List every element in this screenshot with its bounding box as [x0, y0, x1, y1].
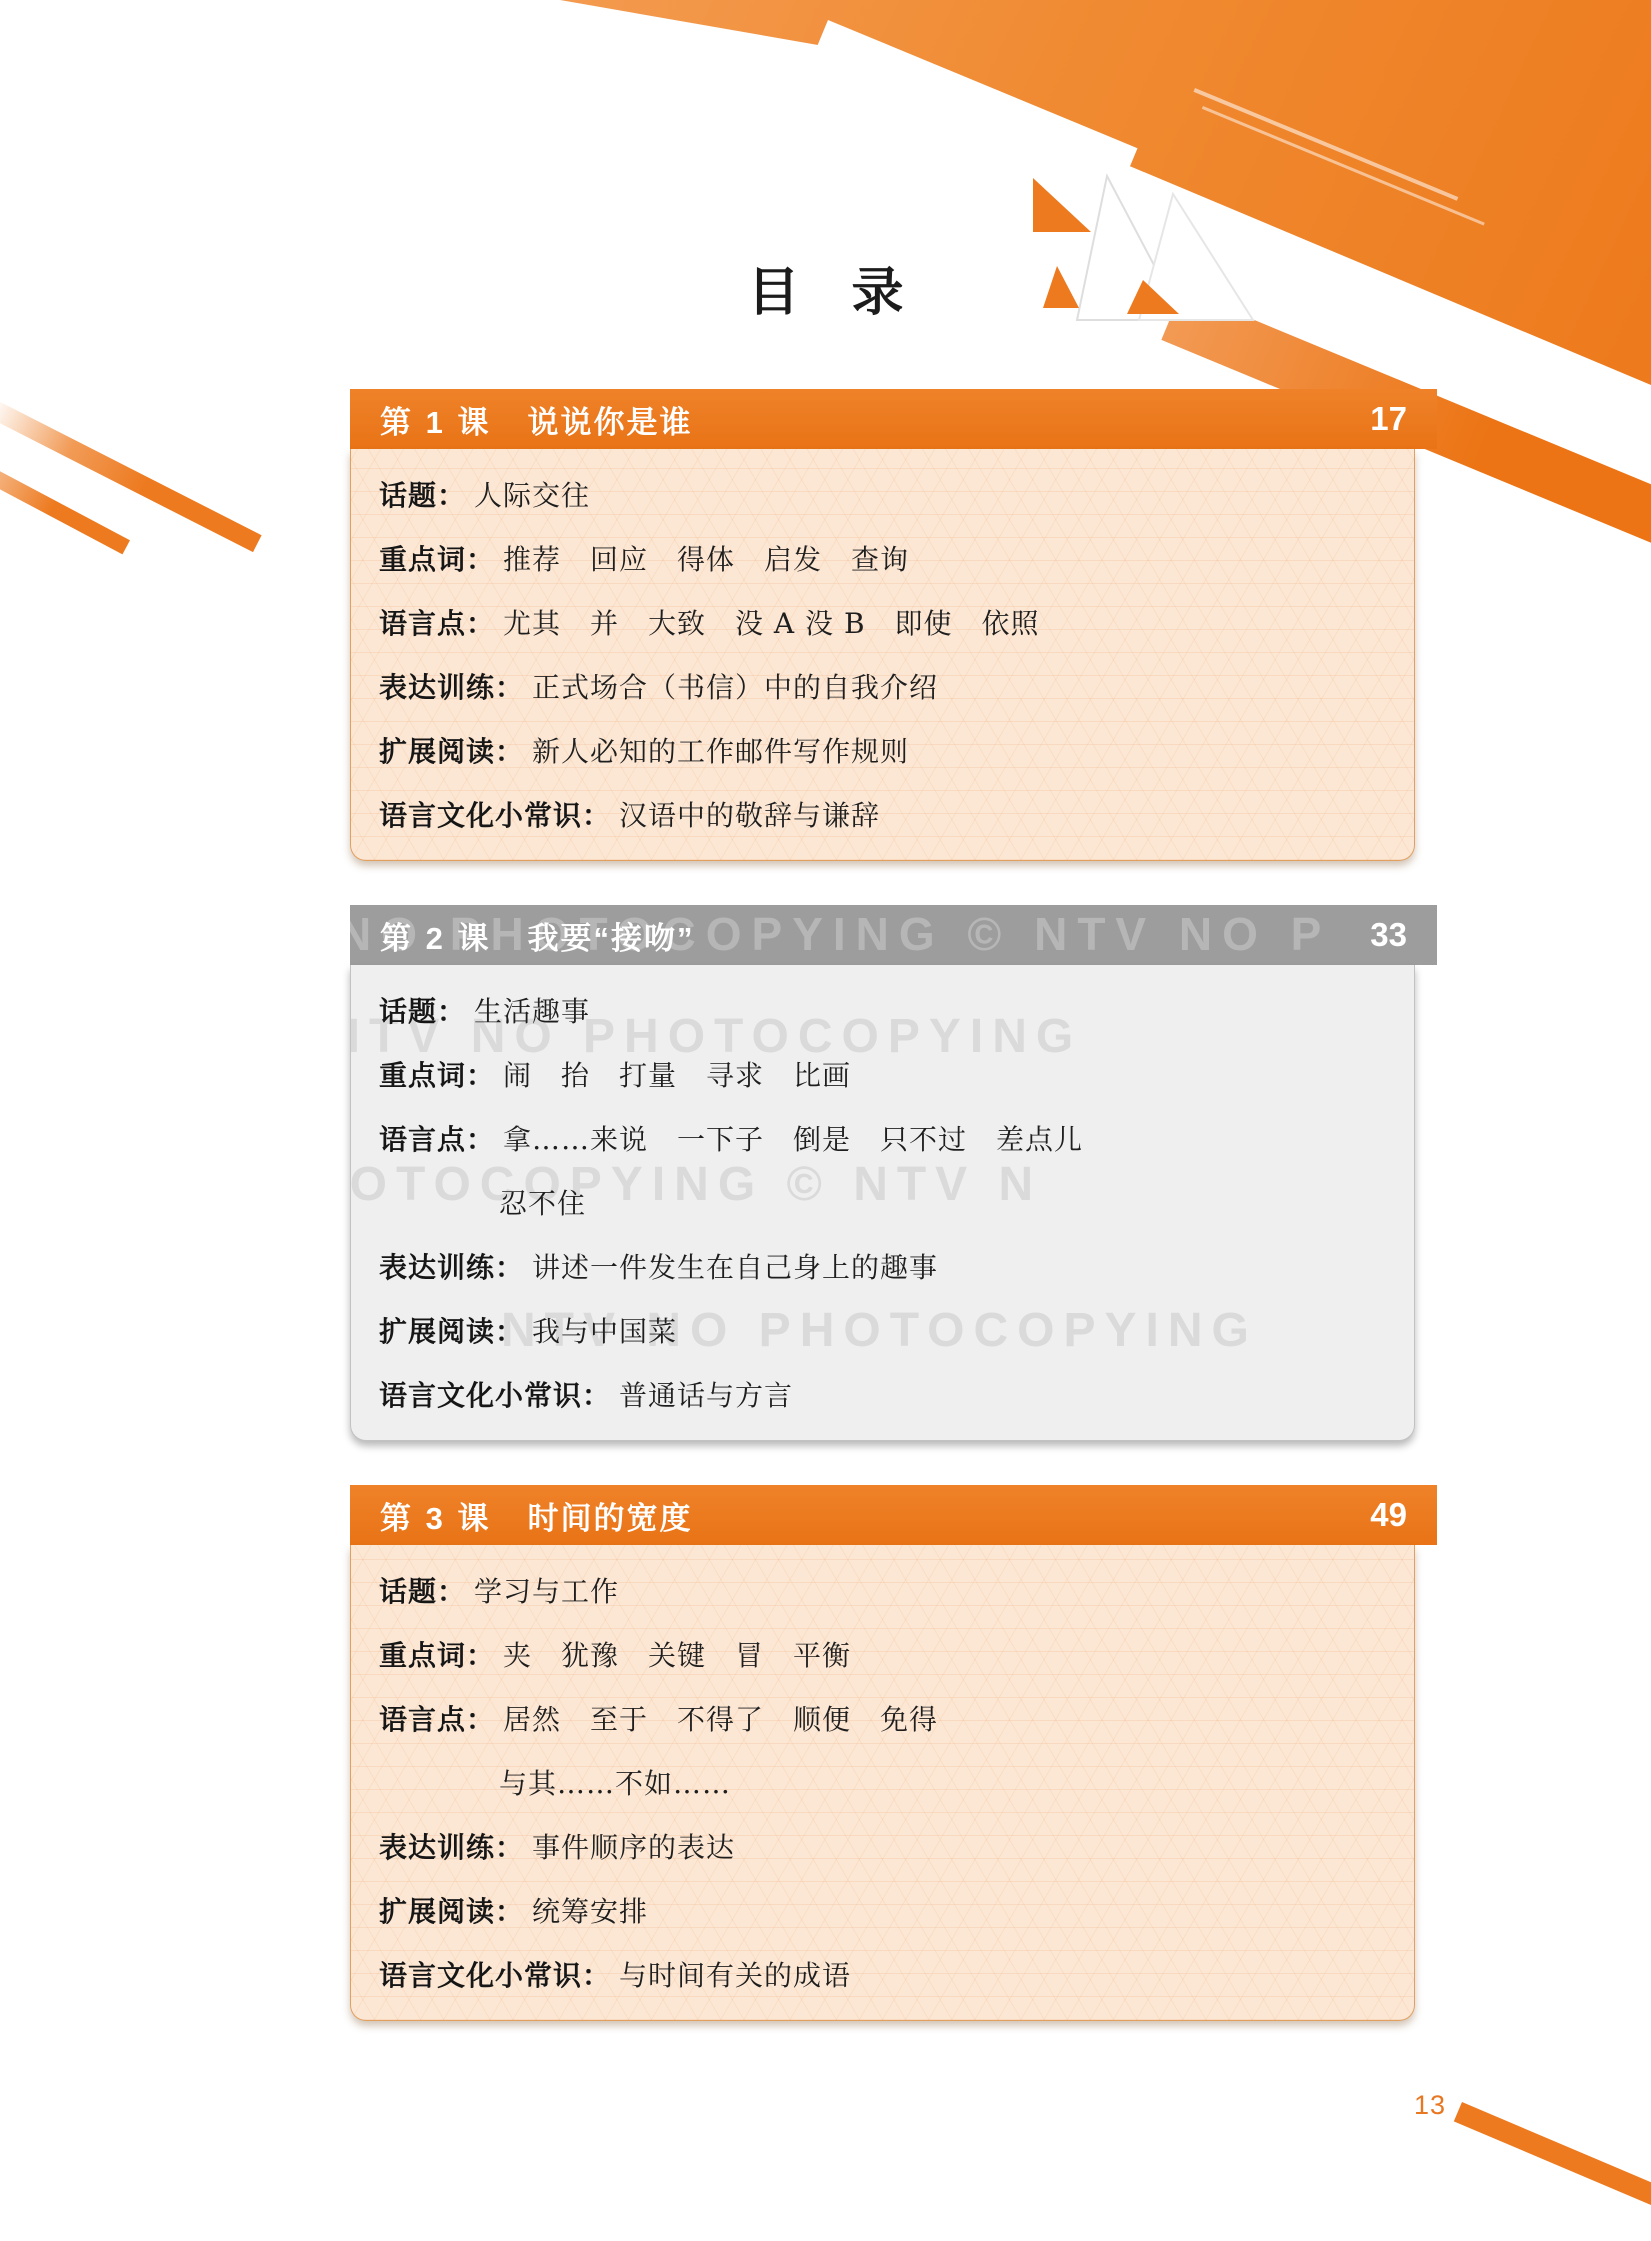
toc-row: 话题：人际交往	[379, 464, 1388, 528]
row-value: 讲述一件发生在自己身上的趣事	[532, 1236, 938, 1300]
row-value: 新人必知的工作邮件写作规则	[532, 720, 909, 784]
lesson-card: 第 3 课 时间的宽度 49 话题：学习与工作重点词：夹 犹豫 关键 冒 平衡语…	[350, 1485, 1437, 2021]
toc-row: 重点词：夹 犹豫 关键 冒 平衡	[379, 1624, 1388, 1688]
row-value: 拿……来说 一下子 倒是 只不过 差点儿	[503, 1108, 1083, 1172]
row-value: 居然 至于 不得了 顺便 免得	[503, 1688, 938, 1752]
row-value: 闹 抬 打量 寻求 比画	[503, 1044, 851, 1108]
row-label: 话题：	[379, 464, 466, 528]
row-label: 扩展阅读：	[379, 1880, 524, 1944]
row-value: 我与中国菜	[532, 1300, 677, 1364]
lesson-card: NO PHOTOCOPYING © NTV NO P 第 2 课 我要“接吻” …	[350, 905, 1437, 1441]
lesson-header: 第 1 课 说说你是谁 17	[350, 389, 1437, 449]
row-value: 尤其 并 大致 没 A 没 B 即使 依照	[503, 592, 1040, 656]
row-label: 表达训练：	[379, 1816, 524, 1880]
lesson-card: 第 1 课 说说你是谁 17 话题：人际交往重点词：推荐 回应 得体 启发 查询…	[350, 389, 1437, 861]
toc-row: 语言点：拿……来说 一下子 倒是 只不过 差点儿	[379, 1108, 1388, 1172]
row-value: 统筹安排	[532, 1880, 648, 1944]
toc-row: 话题：学习与工作	[379, 1560, 1388, 1624]
toc-row: 语言点：居然 至于 不得了 顺便 免得	[379, 1688, 1388, 1752]
row-value: 推荐 回应 得体 启发 查询	[503, 528, 909, 592]
lesson-header: 第 3 课 时间的宽度 49	[350, 1485, 1437, 1545]
lesson-number: 第 2 课	[380, 913, 491, 958]
row-value: 与时间有关的成语	[619, 1944, 851, 2008]
lesson-page-number: 49	[1370, 1496, 1407, 1534]
toc-row: 语言文化小常识：普通话与方言	[379, 1364, 1388, 1428]
row-label: 话题：	[379, 1560, 466, 1624]
toc-row: 语言点：尤其 并 大致 没 A 没 B 即使 依照	[379, 592, 1388, 656]
row-label: 语言文化小常识：	[379, 1364, 611, 1428]
row-value: 生活趣事	[474, 980, 590, 1044]
left-orange-stripe	[0, 399, 262, 552]
toc-row: 表达训练：正式场合（书信）中的自我介绍	[379, 656, 1388, 720]
toc-row: 语言文化小常识：与时间有关的成语	[379, 1944, 1388, 2008]
row-label: 语言点：	[379, 1108, 495, 1172]
toc-row: 扩展阅读：统筹安排	[379, 1880, 1388, 1944]
row-label: 语言点：	[379, 1688, 495, 1752]
page-number: 13	[1414, 2090, 1446, 2121]
bottom-right-orange-stripe	[1454, 2102, 1651, 2215]
watermark-text: NO PHOTOCOPYING © NTV NO P	[350, 907, 1331, 961]
row-value: 正式场合（书信）中的自我介绍	[532, 656, 938, 720]
thin-white-line	[1202, 106, 1485, 225]
row-label: 表达训练：	[379, 656, 524, 720]
toc-row: 话题：生活趣事	[379, 980, 1388, 1044]
toc-page: 13 目 录 第 1 课 说说你是谁 17 话题：人际交往重点词：推荐 回应 得…	[0, 0, 1651, 2241]
lesson-page-number: 33	[1370, 916, 1407, 954]
toc-row: 表达训练：事件顺序的表达	[379, 1816, 1388, 1880]
row-label: 语言点：	[379, 592, 495, 656]
lesson-details: 话题：人际交往重点词：推荐 回应 得体 启发 查询语言点：尤其 并 大致 没 A…	[350, 449, 1415, 861]
lesson-details: ©NTV NO PHOTOCOPYINGHOTOCOPYING © NTV NN…	[350, 965, 1415, 1441]
lesson-details: 话题：学习与工作重点词：夹 犹豫 关键 冒 平衡语言点：居然 至于 不得了 顺便…	[350, 1545, 1415, 2021]
row-label: 重点词：	[379, 528, 495, 592]
row-label: 语言文化小常识：	[379, 784, 611, 848]
lesson-title: 说说你是谁	[527, 397, 692, 442]
row-label: 语言文化小常识：	[379, 1944, 611, 2008]
lesson-title: 时间的宽度	[527, 1493, 692, 1538]
lesson-page-number: 17	[1370, 400, 1407, 438]
row-label: 重点词：	[379, 1044, 495, 1108]
row-value: 与其……不如……	[499, 1752, 731, 1816]
lesson-header: NO PHOTOCOPYING © NTV NO P 第 2 课 我要“接吻” …	[350, 905, 1437, 965]
toc-row: 重点词：闹 抬 打量 寻求 比画	[379, 1044, 1388, 1108]
row-value: 普通话与方言	[619, 1364, 793, 1428]
row-label: 重点词：	[379, 1624, 495, 1688]
toc-row: 扩展阅读：我与中国菜	[379, 1300, 1388, 1364]
row-value: 忍不住	[499, 1172, 586, 1236]
toc-row-continuation: 与其……不如……	[379, 1752, 1388, 1816]
row-value: 夹 犹豫 关键 冒 平衡	[503, 1624, 851, 1688]
left-orange-stripe-small	[0, 469, 130, 554]
row-value: 汉语中的敬辞与谦辞	[619, 784, 880, 848]
lesson-cards: 第 1 课 说说你是谁 17 话题：人际交往重点词：推荐 回应 得体 启发 查询…	[350, 389, 1437, 2065]
row-label: 扩展阅读：	[379, 1300, 524, 1364]
row-value: 学习与工作	[474, 1560, 619, 1624]
lesson-title: 我要“接吻”	[527, 913, 694, 958]
toc-row: 扩展阅读：新人必知的工作邮件写作规则	[379, 720, 1388, 784]
row-label: 话题：	[379, 980, 466, 1044]
toc-row: 语言文化小常识：汉语中的敬辞与谦辞	[379, 784, 1388, 848]
lesson-number: 第 3 课	[380, 1493, 491, 1538]
top-right-white-stripe	[817, 20, 1138, 176]
row-value: 事件顺序的表达	[532, 1816, 735, 1880]
row-value: 人际交往	[474, 464, 590, 528]
toc-row: 重点词：推荐 回应 得体 启发 查询	[379, 528, 1388, 592]
page-title: 目 录	[0, 250, 1651, 325]
thin-white-line	[1193, 88, 1458, 201]
toc-row-continuation: 忍不住	[379, 1172, 1388, 1236]
row-label: 扩展阅读：	[379, 720, 524, 784]
row-label: 表达训练：	[379, 1236, 524, 1300]
lesson-number: 第 1 课	[380, 397, 491, 442]
toc-row: 表达训练：讲述一件发生在自己身上的趣事	[379, 1236, 1388, 1300]
